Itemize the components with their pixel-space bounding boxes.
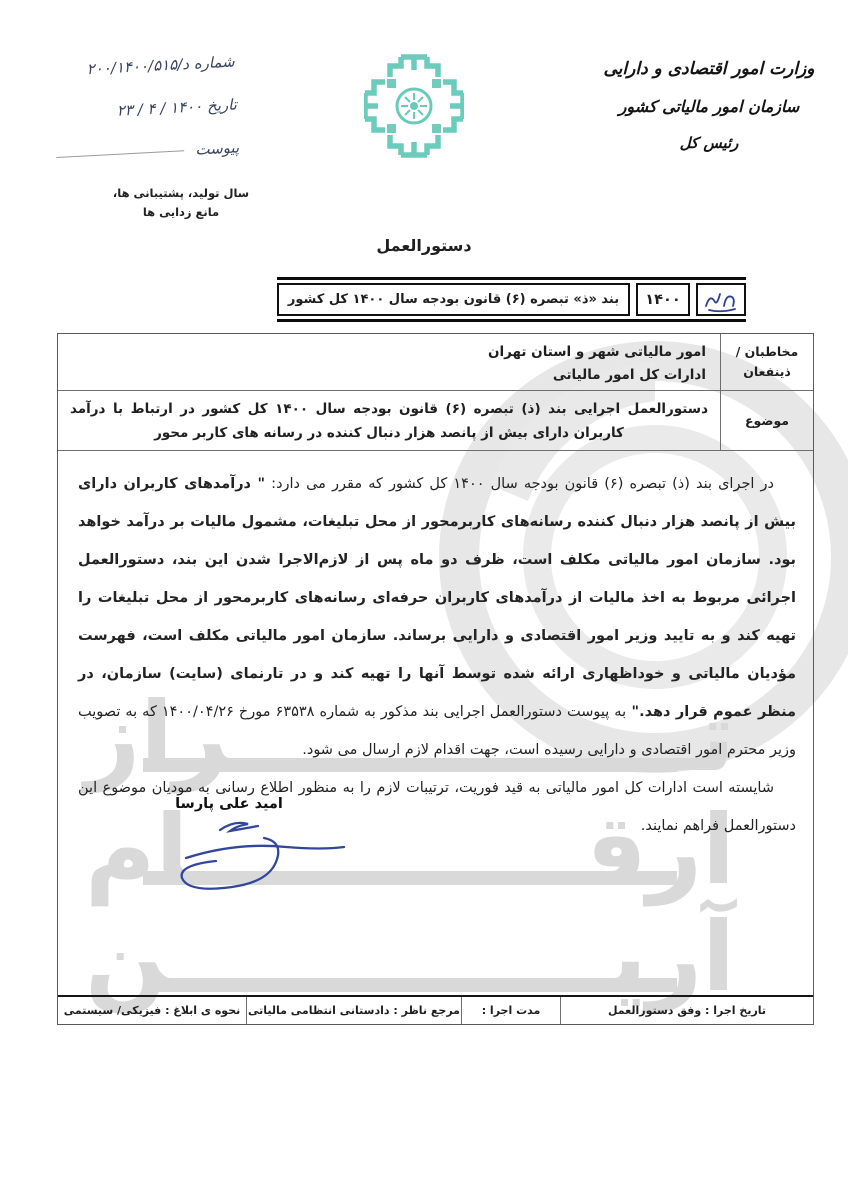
footer-supervising-authority: مرجع ناظر : دادستانی انتظامی مالیاتی bbox=[246, 997, 461, 1024]
stamp-scribble bbox=[701, 286, 741, 314]
recipients-row: مخاطبان / ذینفعان امور مالیاتی شهر و است… bbox=[58, 334, 813, 391]
handwritten-signature bbox=[168, 816, 348, 894]
footer-execution-duration: مدت اجرا : bbox=[461, 997, 560, 1024]
attachment-blank-line bbox=[57, 150, 185, 158]
band-subject-cell: بند «ذ» تبصره (۶) قانون بودجه سال ۱۴۰۰ ک… bbox=[277, 283, 630, 316]
number-value: د/۲۰۰/۱۴۰۰/۵۱۵ bbox=[86, 55, 189, 78]
office-title: رئیس کل bbox=[588, 125, 830, 161]
subject-value: دستورالعمل اجرایی بند (ذ) تبصره (۶) قانو… bbox=[58, 391, 720, 450]
body-paragraph-1: در اجرای بند (ذ) تبصره (۶) قانون بودجه س… bbox=[78, 465, 796, 769]
subject-label: موضوع bbox=[720, 391, 813, 450]
subject-band: بند «ذ» تبصره (۶) قانون بودجه سال ۱۴۰۰ ک… bbox=[277, 277, 746, 322]
date-label: تاریخ bbox=[207, 95, 238, 115]
handwritten-reference-block: شماره د/۲۰۰/۱۴۰۰/۵۱۵ تاریخ ۱۴۰۰ / ۴ / ۲۳… bbox=[22, 41, 240, 181]
paragraph1-intro: در اجرای بند (ذ) تبصره (۶) قانون بودجه س… bbox=[265, 476, 774, 492]
date-value: ۱۴۰۰ / ۴ / ۲۳ bbox=[116, 97, 202, 119]
band-year-cell: ۱۴۰۰ bbox=[636, 283, 690, 316]
recipients-label: مخاطبان / ذینفعان bbox=[720, 334, 813, 390]
letterhead: وزارت امور اقتصادی و دارایی سازمان امور … bbox=[588, 50, 830, 161]
year-slogan: سال تولید، پشتیبانی ها، مانع زدایی ها bbox=[95, 184, 267, 222]
attachment-label: پیوست bbox=[195, 138, 240, 158]
scanned-letter-page: تـ ـراز ارقـ ـام آریـ ـن شماره د/۲۰۰/۱۴۰… bbox=[0, 0, 848, 1200]
letter-table: مخاطبان / ذینفعان امور مالیاتی شهر و است… bbox=[57, 333, 814, 1025]
signatory-name: امید علی پارسا bbox=[158, 796, 300, 812]
letter-body: در اجرای بند (ذ) تبصره (۶) قانون بودجه س… bbox=[58, 451, 813, 995]
recipients-value-line1: امور مالیاتی شهر و استان تهران bbox=[72, 341, 706, 364]
ministry-name: وزارت امور اقتصادی و دارایی bbox=[588, 50, 830, 88]
recipients-value: امور مالیاتی شهر و استان تهران ادارات کل… bbox=[58, 334, 720, 390]
subject-row: موضوع دستورالعمل اجرایی بند (ذ) تبصره (۶… bbox=[58, 391, 813, 451]
number-label: شماره bbox=[193, 53, 235, 73]
recipients-value-line2: ادارات کل امور مالیاتی bbox=[72, 364, 706, 387]
recipients-label-line1: مخاطبان / bbox=[736, 342, 799, 362]
slogan-line-1: سال تولید، پشتیبانی ها، bbox=[95, 184, 267, 203]
recipients-label-line2: ذینفعان bbox=[743, 362, 791, 382]
document-title: دستورالعمل bbox=[0, 236, 848, 255]
slogan-line-2: مانع زدایی ها bbox=[95, 203, 267, 222]
organization-name: سازمان امور مالیاتی کشور bbox=[588, 88, 830, 125]
footer-row: تاریخ اجرا : وفق دستورالعمل مدت اجرا : م… bbox=[58, 995, 813, 1024]
paragraph1-quoted-law: " درآمدهای کاربران دارای بیش از پانصد هز… bbox=[78, 476, 796, 720]
tax-administration-logo bbox=[364, 50, 464, 162]
footer-notification-method: نحوه ی ابلاغ : فیزیکی/ سیستمی bbox=[58, 997, 246, 1024]
footer-execution-date: تاریخ اجرا : وفق دستورالعمل bbox=[560, 997, 813, 1024]
band-handwritten-stamp bbox=[696, 283, 746, 316]
